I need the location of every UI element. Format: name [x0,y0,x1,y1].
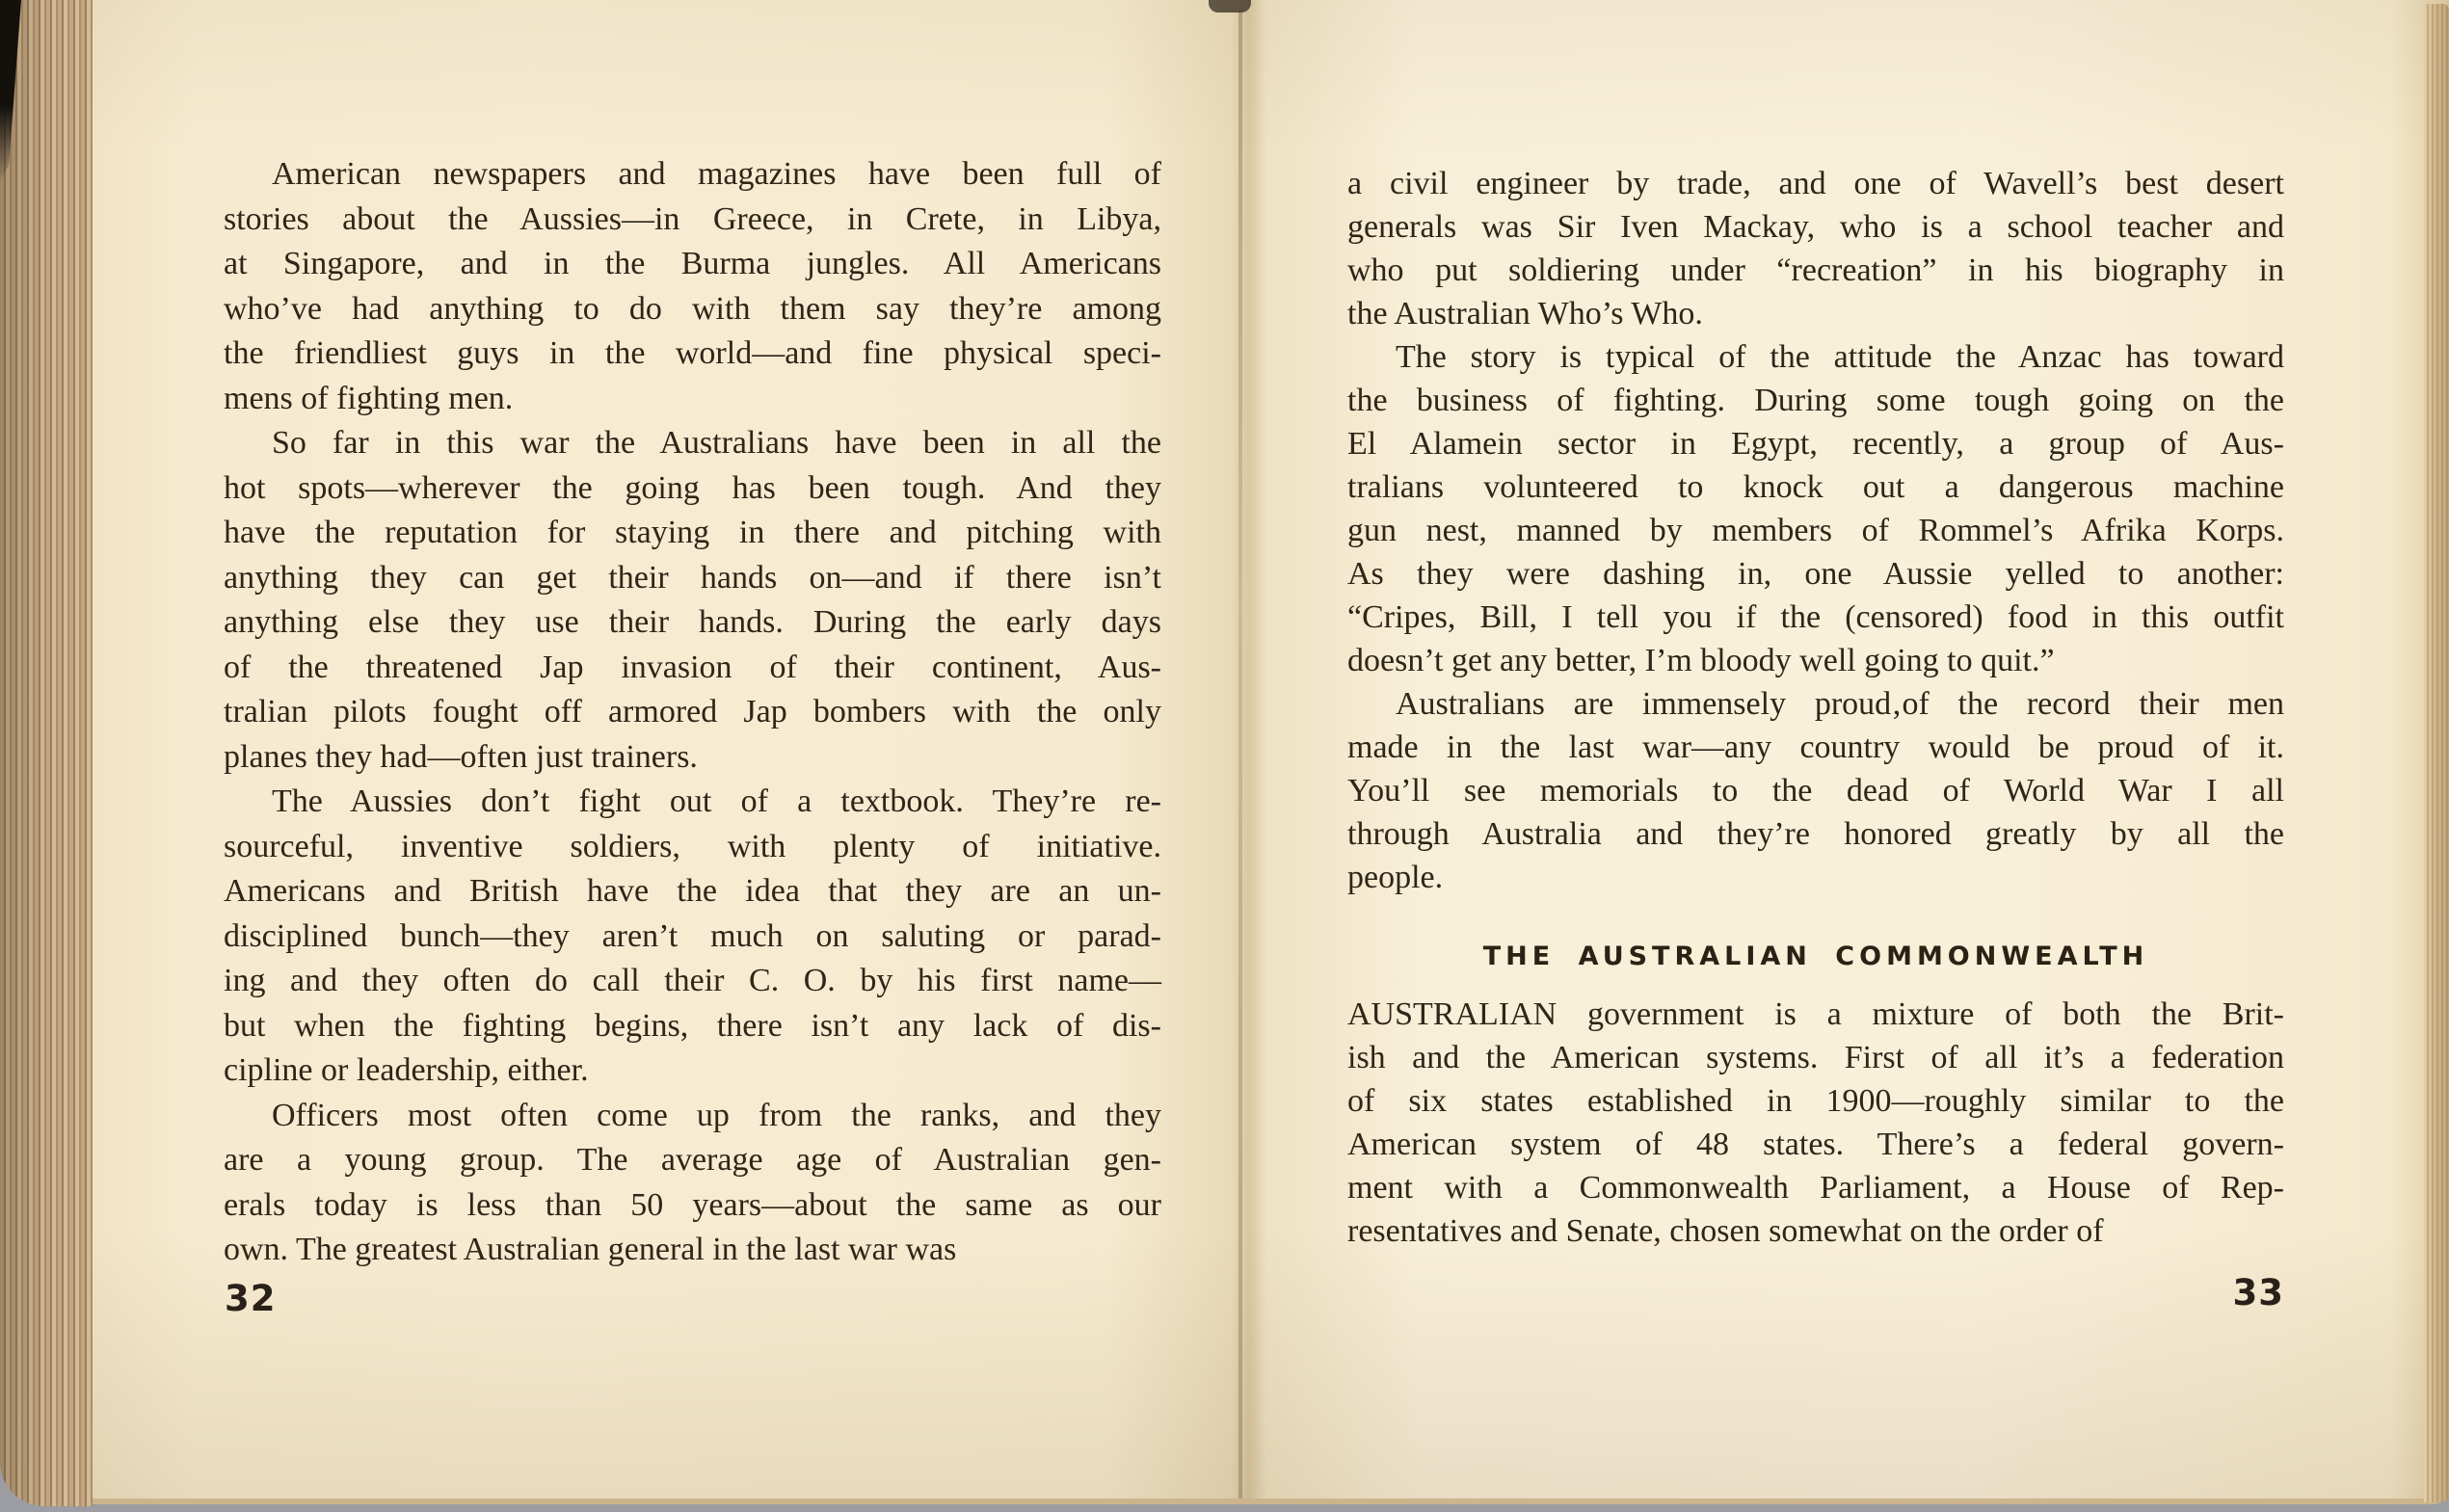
paragraph: So far in this war the Australians have … [224,421,1161,780]
page-gutter [1238,10,1242,1499]
text-line: of the threatened Jap invasion of their … [224,646,1161,691]
section-heading: THE AUSTRALIAN COMMONWEALTH [1347,942,2284,971]
text-line: stories about the Aussies—in Greece, in … [224,198,1161,243]
paragraph: Officers most often come up from the ran… [224,1094,1161,1273]
text-line: resentatives and Senate, chosen somewhat… [1347,1209,2284,1253]
text-line: at Singapore, and in the Burma jungles. … [224,242,1161,287]
text-line: the business of fighting. During some to… [1347,379,2284,422]
text-line: Americans and British have the idea that… [224,869,1161,915]
text-line: As they were dashing in, one Aussie yell… [1347,552,2284,596]
text-line: sourceful, inventive soldiers, with plen… [224,825,1161,870]
text-line: tralians volunteered to knock out a dang… [1347,465,2284,509]
text-line: You’ll see memorials to the dead of Worl… [1347,769,2284,812]
text-line: tralian pilots fought off armored Jap bo… [224,690,1161,735]
text-line: ish and the American systems. First of a… [1347,1036,2284,1079]
text-line: made in the last war—any country would b… [1347,726,2284,769]
book-spread: American newspapers and magazines have b… [0,0,2449,1512]
text-line: The story is typical of the attitude the… [1347,335,2284,379]
text-line: El Alamein sector in Egypt, recently, a … [1347,422,2284,465]
text-line: hot spots—wherever the going has been to… [224,466,1161,512]
right-page-paragraphs-top: a civil engineer by trade, and one of Wa… [1347,162,2284,899]
page-edge-right [2424,4,2449,1502]
page-number-right: 33 [1347,1272,2284,1313]
paragraph: a civil engineer by trade, and one of Wa… [1347,162,2284,335]
text-line: The Aussies don’t fight out of a textboo… [224,780,1161,825]
text-line: cipline or leadership, either. [224,1048,1161,1094]
text-line: own. The greatest Australian general in … [224,1228,1161,1273]
text-line: who put soldiering under “recreation” in… [1347,249,2284,292]
right-page-text: a civil engineer by trade, and one of Wa… [1347,162,2284,1253]
page-edge-stack-left [0,0,93,1506]
paragraph: AUSTRALIAN government is a mixture of bo… [1347,993,2284,1253]
paragraph: The story is typical of the attitude the… [1347,335,2284,682]
text-line: So far in this war the Australians have … [224,421,1161,466]
text-line: AUSTRALIAN government is a mixture of bo… [1347,993,2284,1036]
text-line: of six states established in 1900—roughl… [1347,1079,2284,1123]
text-line: Officers most often come up from the ran… [224,1094,1161,1139]
text-line: a civil engineer by trade, and one of Wa… [1347,162,2284,205]
text-line: but when the fighting begins, there isn’… [224,1004,1161,1049]
paragraph: The Aussies don’t fight out of a textboo… [224,780,1161,1094]
text-line: disciplined bunch—they aren’t much on sa… [224,915,1161,960]
text-line: anything they can get their hands on—and… [224,556,1161,601]
gutter-top-notch [1209,0,1251,13]
paragraph: Australians are immensely proud‚of the r… [1347,682,2284,899]
text-line: who’ve had anything to do with them say … [224,287,1161,332]
text-line: planes they had—often just trainers. [224,735,1161,781]
right-page-paragraphs-bottom: AUSTRALIAN government is a mixture of bo… [1347,993,2284,1253]
text-line: American system of 48 states. There’s a … [1347,1123,2284,1166]
text-line: American newspapers and magazines have b… [224,152,1161,198]
text-line: the Australian Who’s Who. [1347,292,2284,335]
text-line: doesn’t get any better, I’m bloody well … [1347,639,2284,682]
text-line: have the reputation for staying in there… [224,511,1161,556]
text-line: mens of fighting men. [224,377,1161,422]
text-line: “Cripes, Bill, I tell you if the (censor… [1347,596,2284,639]
text-line: the friendliest guys in the world—and fi… [224,332,1161,377]
text-line: people. [1347,856,2284,899]
text-line: are a young group. The average age of Au… [224,1138,1161,1183]
text-line: Australians are immensely proud‚of the r… [1347,682,2284,726]
page-number-left: 32 [225,1278,277,1319]
text-line: ment with a Commonwealth Parliament, a H… [1347,1166,2284,1209]
paragraph: American newspapers and magazines have b… [224,152,1161,421]
text-line: erals today is less than 50 years—about … [224,1183,1161,1229]
text-line: through Australia and they’re honored gr… [1347,812,2284,856]
text-line: anything else they use their hands. Duri… [224,600,1161,646]
text-line: gun nest, manned by members of Rommel’s … [1347,509,2284,552]
text-line: ing and they often do call their C. O. b… [224,959,1161,1004]
text-line: generals was Sir Iven Mackay, who is a s… [1347,205,2284,249]
left-page-text: American newspapers and magazines have b… [224,152,1161,1273]
